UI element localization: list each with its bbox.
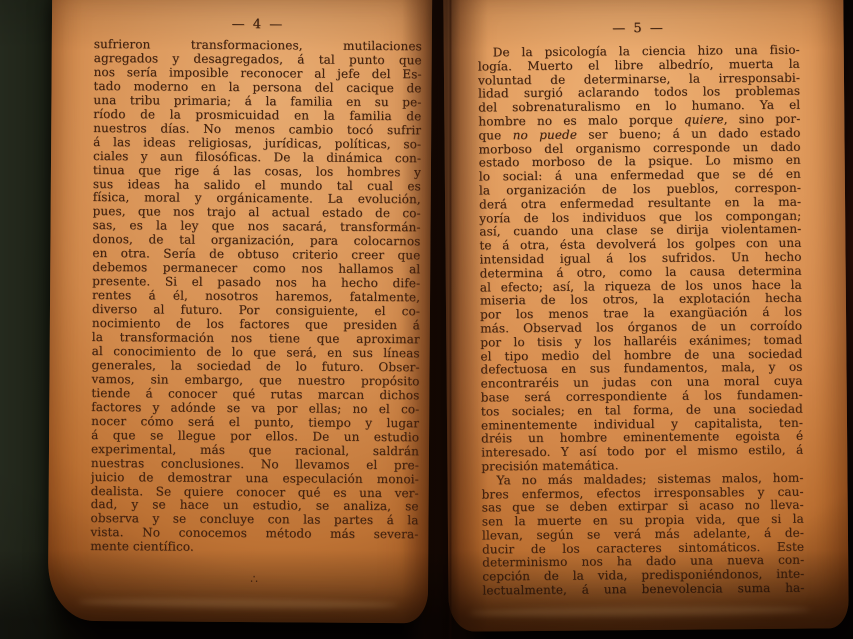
page-number-header: — 4 —	[94, 16, 422, 33]
right-page: — 5 — De la psicología la ciencia hizo u…	[443, 0, 849, 632]
asterism-ornament: ∴	[90, 571, 418, 587]
page-number-header: — 5 —	[477, 20, 799, 38]
left-page: — 4 — sufrieron transformaciones, mutila…	[48, 0, 432, 623]
book-photo: — 4 — sufrieron transformaciones, mutila…	[0, 0, 853, 639]
text-line: mente científico.	[90, 540, 418, 556]
text-line: interesado. Y así todo por el mismo esti…	[481, 444, 803, 461]
text-line: lectualmente, á una benevolencia suma ha…	[482, 582, 804, 599]
page-text: sufrieron transformaciones, mutilaciones…	[90, 38, 422, 557]
page-text: De la psicología la ciencia hizo una fis…	[478, 44, 805, 599]
